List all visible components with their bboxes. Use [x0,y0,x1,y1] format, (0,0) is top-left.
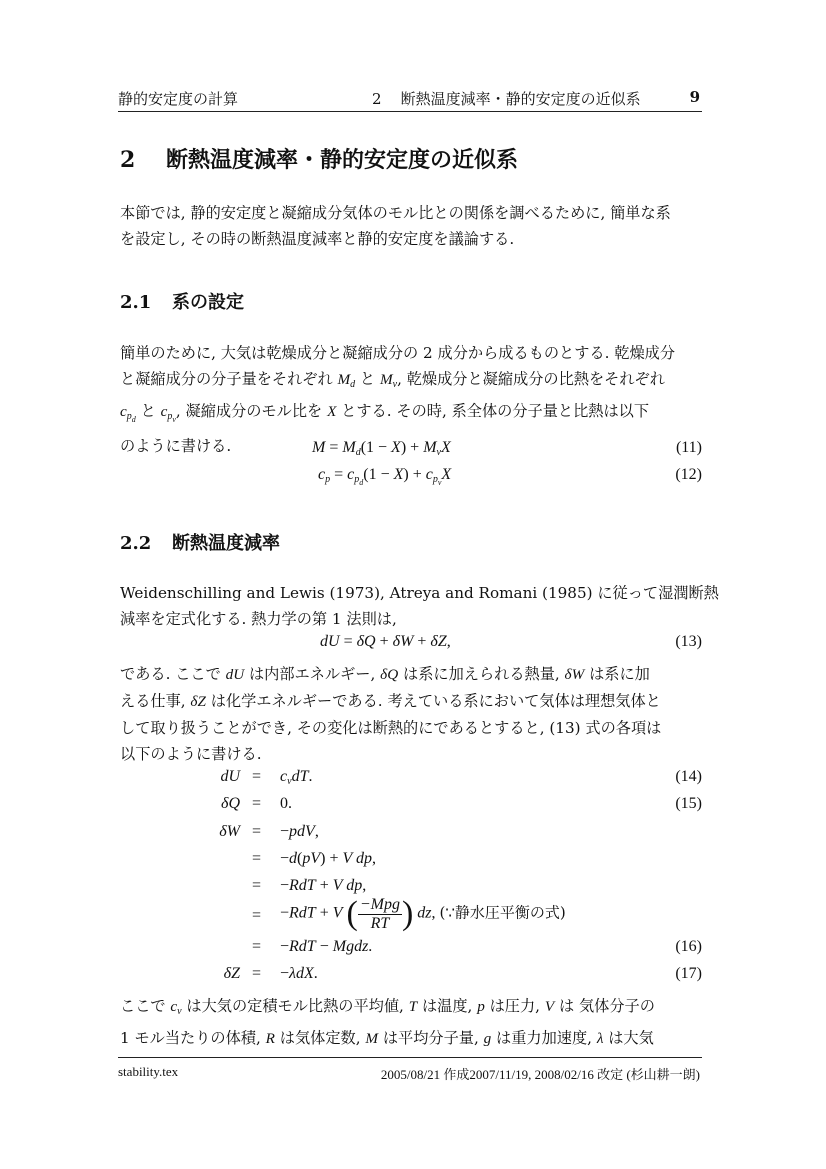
text: と凝縮成分の分子量をそれぞれ [120,370,337,388]
para-line: 1 モル当たりの体積, R は気体定数, M は平均分子量, g は重力加速度,… [120,1025,702,1052]
text: は化学エネルギーである. 考えている系において気体は理想気体と [206,692,661,710]
text: とする. その時, 系全体の分子量と比熱は以下 [336,402,649,420]
running-header: 静的安定度の計算 2 断熱温度減率・静的安定度の近似系 9 [118,88,702,110]
para-line: Weidenschilling and Lewis (1973), Atreya… [120,580,702,606]
para-line: ここで cv は大気の定積モル比熱の平均値, T は温度, p は圧力, V は… [120,993,702,1025]
text: は大気 [603,1029,653,1047]
text: と [355,370,380,388]
eq-rhs: 0. [280,795,292,813]
subsection-number: 2.2 [120,533,172,554]
text: える仕事, [120,692,190,710]
section-intro: 本節では, 静的安定度と凝縮成分気体のモル比との関係を調べるために, 簡単な系 … [120,200,702,252]
eq-equals: = [252,850,261,868]
subsection-2-2-paragraph-2: である. ここで dU は内部エネルギー, δQ は系に加えられる熱量, δW … [120,661,702,767]
para-line: して取り扱うことができ, その変化は断熱的にであるとすると, (13) 式の各項… [120,715,702,741]
math-dZ: δZ [190,693,206,710]
intro-line: 本節では, 静的安定度と凝縮成分気体のモル比との関係を調べるために, 簡単な系 [120,200,702,226]
section-title: 2断熱温度減率・静的安定度の近似系 [120,143,518,174]
math-X: X [327,403,336,420]
eq-equals: = [252,768,261,786]
math-M: M [365,1030,378,1047]
eq-rhs: −λdX. [280,965,318,983]
eq-rhs: −RdT − Mgdz. [280,938,372,956]
para-line: える仕事, δZ は化学エネルギーである. 考えている系において気体は理想気体と [120,688,702,715]
math-Md: Md [337,371,355,388]
text: は大気の定積モル比熱の平均値, [182,997,409,1015]
text: , 凝縮成分のモル比を [176,402,327,420]
text: , 乾燥成分と凝縮成分の比熱をそれぞれ [397,370,665,388]
subsection-title-2-2: 2.2断熱温度減率 [120,529,280,555]
section-title-text: 断熱温度減率・静的安定度の近似系 [166,147,518,173]
math-dW: δW [565,666,585,683]
math-cpv: cpv [161,403,176,420]
math-cv: cv [170,998,181,1015]
eq-equals: = [252,965,261,983]
equation-number: (14) [675,768,702,786]
footer-dates: 2005/08/21 作成2007/11/19, 2008/02/16 改定 (… [381,1064,700,1083]
text: ここで [120,997,170,1015]
math-p: p [477,998,485,1015]
math-dQ: δQ [380,666,398,683]
subsection-number: 2.1 [120,292,172,313]
eq-equals: = [252,877,261,895]
section-number: 2 [120,147,166,173]
header-document-title: 静的安定度の計算 [118,88,238,109]
text: は系に加 [584,665,650,683]
text: は系に加えられる熱量, [398,665,564,683]
text: は平均分子量, [378,1029,484,1047]
equation-number: (12) [675,466,702,484]
equation-number: (13) [675,633,702,651]
eq-rhs: −pdV, [280,823,319,841]
eq-rhs: −RdT + V (−MpgRT) dz, (∵静水圧平衡の式) [280,895,566,933]
text: は気体定数, [275,1029,365,1047]
eq-equals: = [252,823,261,841]
text: である. ここで [120,665,226,683]
math-V: V [545,998,554,1015]
equation-number: (17) [675,965,702,983]
math-cpd: cpd [120,403,136,420]
eq-equals: = [252,907,261,925]
page-footer: stability.tex 2005/08/21 作成2007/11/19, 2… [118,1064,702,1080]
equation-12: cp = cpd(1 − X) + cpvX [318,466,451,487]
equation-number: (11) [676,439,702,457]
equation-11: M = Md(1 − X) + MvX [312,439,451,458]
eq-lhs: δW [200,823,240,841]
equation-number: (15) [675,795,702,813]
subsection-2-2-paragraph-3: ここで cv は大気の定積モル比熱の平均値, T は温度, p は圧力, V は… [120,993,702,1052]
text: は重力加速度, [491,1029,597,1047]
para-line: cpd と cpv, 凝縮成分のモル比を X とする. その時, 系全体の分子量… [120,398,702,433]
header-section-title: 断熱温度減率・静的安定度の近似系 [401,90,641,108]
para-line: と凝縮成分の分子量をそれぞれ Md と Mv, 乾燥成分と凝縮成分の比熱をそれぞ… [120,366,702,398]
footer-divider [118,1057,702,1058]
page-number: 9 [690,88,700,106]
intro-line: を設定し, その時の断熱温度減率と静的安定度を議論する. [120,226,702,252]
eq-lhs: δQ [200,795,240,813]
header-section: 2 断熱温度減率・静的安定度の近似系 [372,88,641,109]
text: は圧力, [485,997,545,1015]
math-dU: dU [226,666,245,683]
header-divider [118,111,702,112]
text: は内部エネルギー, [244,665,380,683]
subsection-title-text: 系の設定 [172,292,244,313]
math-Mv: Mv [380,371,397,388]
subsection-title-2-1: 2.1系の設定 [120,288,244,314]
para-line: である. ここで dU は内部エネルギー, δQ は系に加えられる熱量, δW … [120,661,702,688]
para-line: 簡単のために, 大気は乾燥成分と凝縮成分の 2 成分から成るものとする. 乾燥成… [120,340,702,366]
eq-lhs: dU [200,768,240,786]
para-line: 減率を定式化する. 熱力学の第 1 法則は, [120,606,702,632]
text: は 気体分子の [554,997,655,1015]
header-section-number: 2 [372,90,382,108]
hydrostatic-note: (∵静水圧平衡の式) [440,904,566,922]
text: は温度, [417,997,477,1015]
eq-equals: = [252,938,261,956]
eq-rhs: cvdT. [280,768,312,787]
text: 1 モル当たりの体積, [120,1029,266,1047]
subsection-title-text: 断熱温度減率 [172,533,280,554]
footer-filename: stability.tex [118,1064,178,1079]
fraction: −MpgRT [358,896,402,933]
eq-lhs: δZ [200,965,240,983]
para-line: 以下のように書ける. [120,741,702,767]
math-T: T [409,998,417,1015]
equation-13: dU = δQ + δW + δZ, [320,633,451,651]
eq-rhs: −d(pV) + V dp, [280,850,376,868]
text: と [136,402,161,420]
subsection-2-2-paragraph-1: Weidenschilling and Lewis (1973), Atreya… [120,580,702,632]
eq-equals: = [252,795,261,813]
equation-number: (16) [675,938,702,956]
math-R: R [266,1030,275,1047]
eq-rhs: −RdT + V dp, [280,877,366,895]
